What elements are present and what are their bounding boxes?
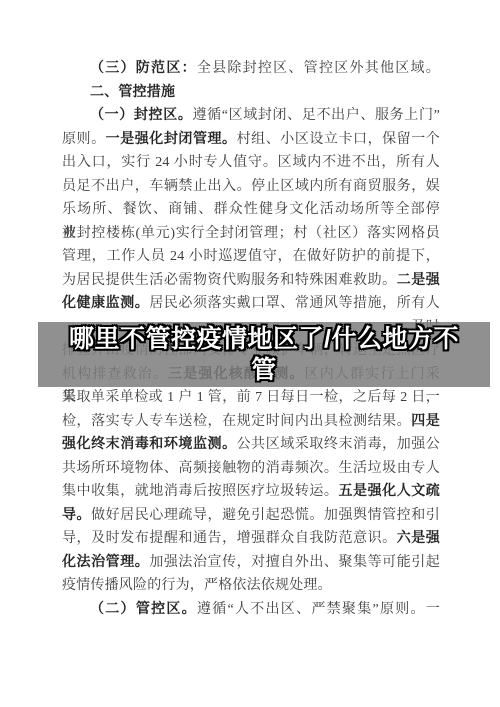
document-bold-segment: 二、管控措施	[90, 85, 175, 100]
document-line: 员足不出户，车辆禁止出入。停止区域内所有商贸服务，娱	[62, 175, 440, 199]
document-line: 强化终末消毒和环境监测。公共区域采取终末消毒，加强公	[62, 433, 440, 457]
document-bold-segment: （三）防范区：	[90, 61, 197, 76]
document-text-segment: 居民必须落实戴口罩、常通风等措施，所有人	[149, 296, 440, 311]
document-text-segment: 遵循“人不出区、严禁聚集”原则。一	[197, 602, 440, 617]
document-line: 为居民提供生活必需物资代购服务和特殊困难救助。二是强	[62, 269, 440, 293]
document-line: 采取单采单检或 1 户 1 管，前 7 日每日一检，之后每 2 日一	[62, 386, 440, 410]
document-bold-segment: （二）管控区。	[90, 602, 197, 617]
document-bold-segment: 化法治管理。	[62, 555, 149, 570]
document-bold-segment: （一）封控区。	[90, 108, 192, 123]
document-text-segment: 被封控楼栋(单元)实行全封闭管理；村（社区）落实网格员	[62, 226, 440, 241]
document-bold-segment: 强化终末消毒和环境监测。	[62, 437, 237, 452]
document-text-segment: 原则。	[62, 132, 106, 147]
document-bold-segment: 一是强化封闭管理。	[106, 132, 237, 147]
document-bold-segment: 六是强	[397, 531, 440, 546]
document-text-segment: 全县除封控区、管控区外其他区域。	[197, 61, 440, 76]
document-text-segment: 导，及时发布提醒和通告，增强群众自我防范意识。	[62, 531, 397, 546]
document-text-segment: 疫情传播风险的行为，严格依法依规处理。	[62, 578, 332, 593]
document-text-segment: 共场所环境物体、高频接触物的消毒频次。生活垃圾由专人	[62, 461, 440, 476]
document-line: （二）管控区。遵循“人不出区、严禁聚集”原则。一	[62, 598, 440, 622]
document-bold-segment: 导。	[62, 508, 91, 523]
document-text-segment: 集中收集，就地消毒后按照医疗垃圾转运。	[62, 484, 338, 499]
document-line: 化法治管理。加强法治宣传，对擅自外出、聚集等可能引起	[62, 551, 440, 575]
document-line: 出入口，实行 24 小时专人值守。区域内不进不出，所有人	[62, 151, 440, 175]
document-bold-segment: 化健康监测。	[62, 296, 149, 311]
document-bold-segment: 二是强	[397, 273, 440, 288]
document-text-segment: 出入口，实行 24 小时专人值守。区域内不进不出，所有人	[62, 155, 440, 170]
document-page: （三）防范区：全县除封控区、管控区外其他区域。二、管控措施（一）封控区。遵循“区…	[0, 0, 500, 707]
document-text-segment: 加强法治宣传，对擅自外出、聚集等可能引起	[149, 555, 440, 570]
document-line: 检，落实专人专车送检，在规定时间内出具检测结果。四是	[62, 410, 440, 434]
caption-text: 哪里不管控疫情地区了/什么地方不管	[65, 324, 463, 386]
caption-overlay-band: 哪里不管控疫情地区了/什么地方不管	[38, 322, 490, 387]
document-line: 共场所环境物体、高频接触物的消毒频次。生活垃圾由专人	[62, 457, 440, 481]
document-line: 原则。一是强化封闭管理。村组、小区设立卡口，保留一个	[62, 128, 440, 152]
document-line: 集中收集，就地消毒后按照医疗垃圾转运。五是强化人文疏	[62, 480, 440, 504]
document-line: 被封控楼栋(单元)实行全封闭管理；村（社区）落实网格员	[62, 222, 440, 246]
document-text-segment: 检，落实专人专车送检，在规定时间内出具检测结果。	[62, 414, 411, 429]
document-line: 二、管控措施	[62, 81, 440, 105]
document-line: （三）防范区：全县除封控区、管控区外其他区域。	[62, 57, 440, 81]
document-line: 管理，工作人员 24 小时巡逻值守，在做好防护的前提下，	[62, 245, 440, 269]
document-text-segment: 员足不出户，车辆禁止出入。停止区域内所有商贸服务，娱	[62, 179, 440, 194]
document-line: 导，及时发布提醒和通告，增强群众自我防范意识。六是强	[62, 527, 440, 551]
document-text-segment: 为居民提供生活必需物资代购服务和特殊困难救助。	[62, 273, 397, 288]
document-text-segment: 做好居民心理疏导，避免引起恐慌。加强舆情管控和引	[91, 508, 440, 523]
document-line: 化健康监测。居民必须落实戴口罩、常通风等措施，所有人	[62, 292, 440, 316]
document-text-segment: 公共区域采取终末消毒，加强公	[237, 437, 440, 452]
document-text-segment: 村组、小区设立卡口，保留一个	[237, 132, 440, 147]
document-text-segment: 遵循“区域封闭、足不出户、服务上门”	[192, 108, 440, 123]
document-bold-segment: 四是	[411, 414, 440, 429]
document-line: 导。做好居民心理疏导，避免引起恐慌。加强舆情管控和引	[62, 504, 440, 528]
document-bold-segment: 五是强化人文疏	[338, 484, 440, 499]
document-text-segment: 管理，工作人员 24 小时巡逻值守，在做好防护的前提下，	[62, 249, 440, 264]
document-line: 疫情传播风险的行为，严格依法依规处理。	[62, 574, 440, 598]
document-line: 乐场所、餐饮、商铺、群众性健身文化活动场所等全部停业；	[62, 198, 440, 222]
document-line: （一）封控区。遵循“区域封闭、足不出户、服务上门”	[62, 104, 440, 128]
document-text-segment: 采取单采单检或 1 户 1 管，前 7 日每日一检，之后每 2 日一	[62, 390, 440, 405]
